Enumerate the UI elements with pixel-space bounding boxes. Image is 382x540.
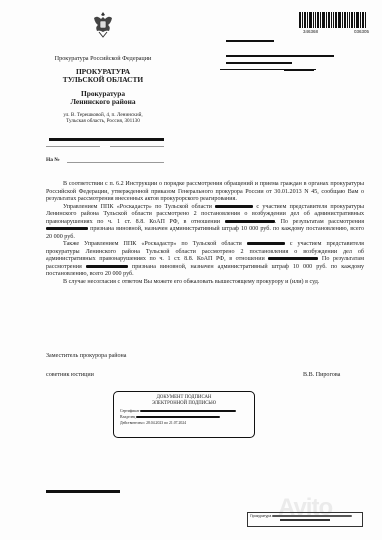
barcode-number-left: 346368 bbox=[303, 29, 318, 34]
reference-number-label: На № bbox=[46, 157, 60, 163]
paragraph-first-case: Управлением ППК «Роскадастр» по Тульской… bbox=[46, 204, 364, 242]
redacted-reg-info bbox=[272, 515, 352, 517]
executor-redaction bbox=[46, 490, 120, 493]
document-page: Прокуратура Российской Федерации ПРОКУРА… bbox=[0, 0, 382, 540]
barcode-number-right: 036305 bbox=[354, 29, 369, 34]
esign-validity: Действителен с 28.04.2023 по 21.07.2024 bbox=[120, 421, 248, 425]
redacted-person bbox=[225, 220, 275, 223]
registration-stamp: Прокуратура bbox=[247, 512, 363, 527]
district-office-line2: Ленинского района bbox=[28, 98, 178, 106]
regional-office-line2: ТУЛЬСКОЙ ОБЛАСТИ bbox=[28, 76, 178, 84]
esign-title-line2: ЭЛЕКТРОННОЙ ПОДПИСЬЮ bbox=[120, 401, 248, 407]
reference-number-underline bbox=[67, 162, 164, 163]
redacted-date bbox=[247, 242, 285, 245]
date-underline bbox=[46, 146, 100, 147]
paragraph-second-case: Также Управлением ППК «Роскадастр» по Ту… bbox=[46, 241, 364, 279]
number-underline bbox=[110, 146, 164, 147]
redacted-person bbox=[86, 265, 128, 268]
regstamp-label: Прокуратура bbox=[250, 514, 271, 518]
letter-body: В соответствии с п. 6.2 Инструкции о пор… bbox=[46, 181, 364, 286]
esign-certificate-row: Сертификат bbox=[120, 409, 248, 413]
esign-owner-row: Владелец bbox=[120, 415, 248, 419]
redacted-owner bbox=[136, 416, 220, 418]
date-number-redaction bbox=[49, 138, 164, 141]
electronic-signature-stamp: ДОКУМЕНТ ПОДПИСАН ЭЛЕКТРОННОЙ ПОДПИСЬЮ С… bbox=[113, 391, 255, 438]
letterhead: Прокуратура Российской Федерации ПРОКУРА… bbox=[28, 10, 178, 125]
redacted-date bbox=[215, 205, 253, 208]
barcode-bars bbox=[299, 12, 373, 28]
barcode: 346368 036305 bbox=[299, 12, 373, 36]
redacted-reg-number bbox=[280, 519, 330, 521]
signatory-title: Заместитель прокурора района bbox=[46, 353, 126, 359]
paragraph-intro: В соответствии с п. 6.2 Инструкции о пор… bbox=[46, 181, 364, 204]
paragraph-appeal: В случае несогласия с ответом Вы можете … bbox=[46, 279, 364, 287]
address-line2: Тульская область, Россия, 301130 bbox=[28, 118, 178, 124]
redacted-person bbox=[46, 227, 88, 230]
signatory-name: В.В. Пирогова bbox=[303, 372, 340, 378]
federal-prosecutor-label: Прокуратура Российской Федерации bbox=[28, 55, 178, 62]
russian-coat-of-arms-icon bbox=[90, 10, 116, 40]
signatory-rank: советник юстиции bbox=[46, 372, 94, 378]
redacted-certificate bbox=[140, 410, 236, 412]
redacted-person bbox=[268, 257, 318, 260]
